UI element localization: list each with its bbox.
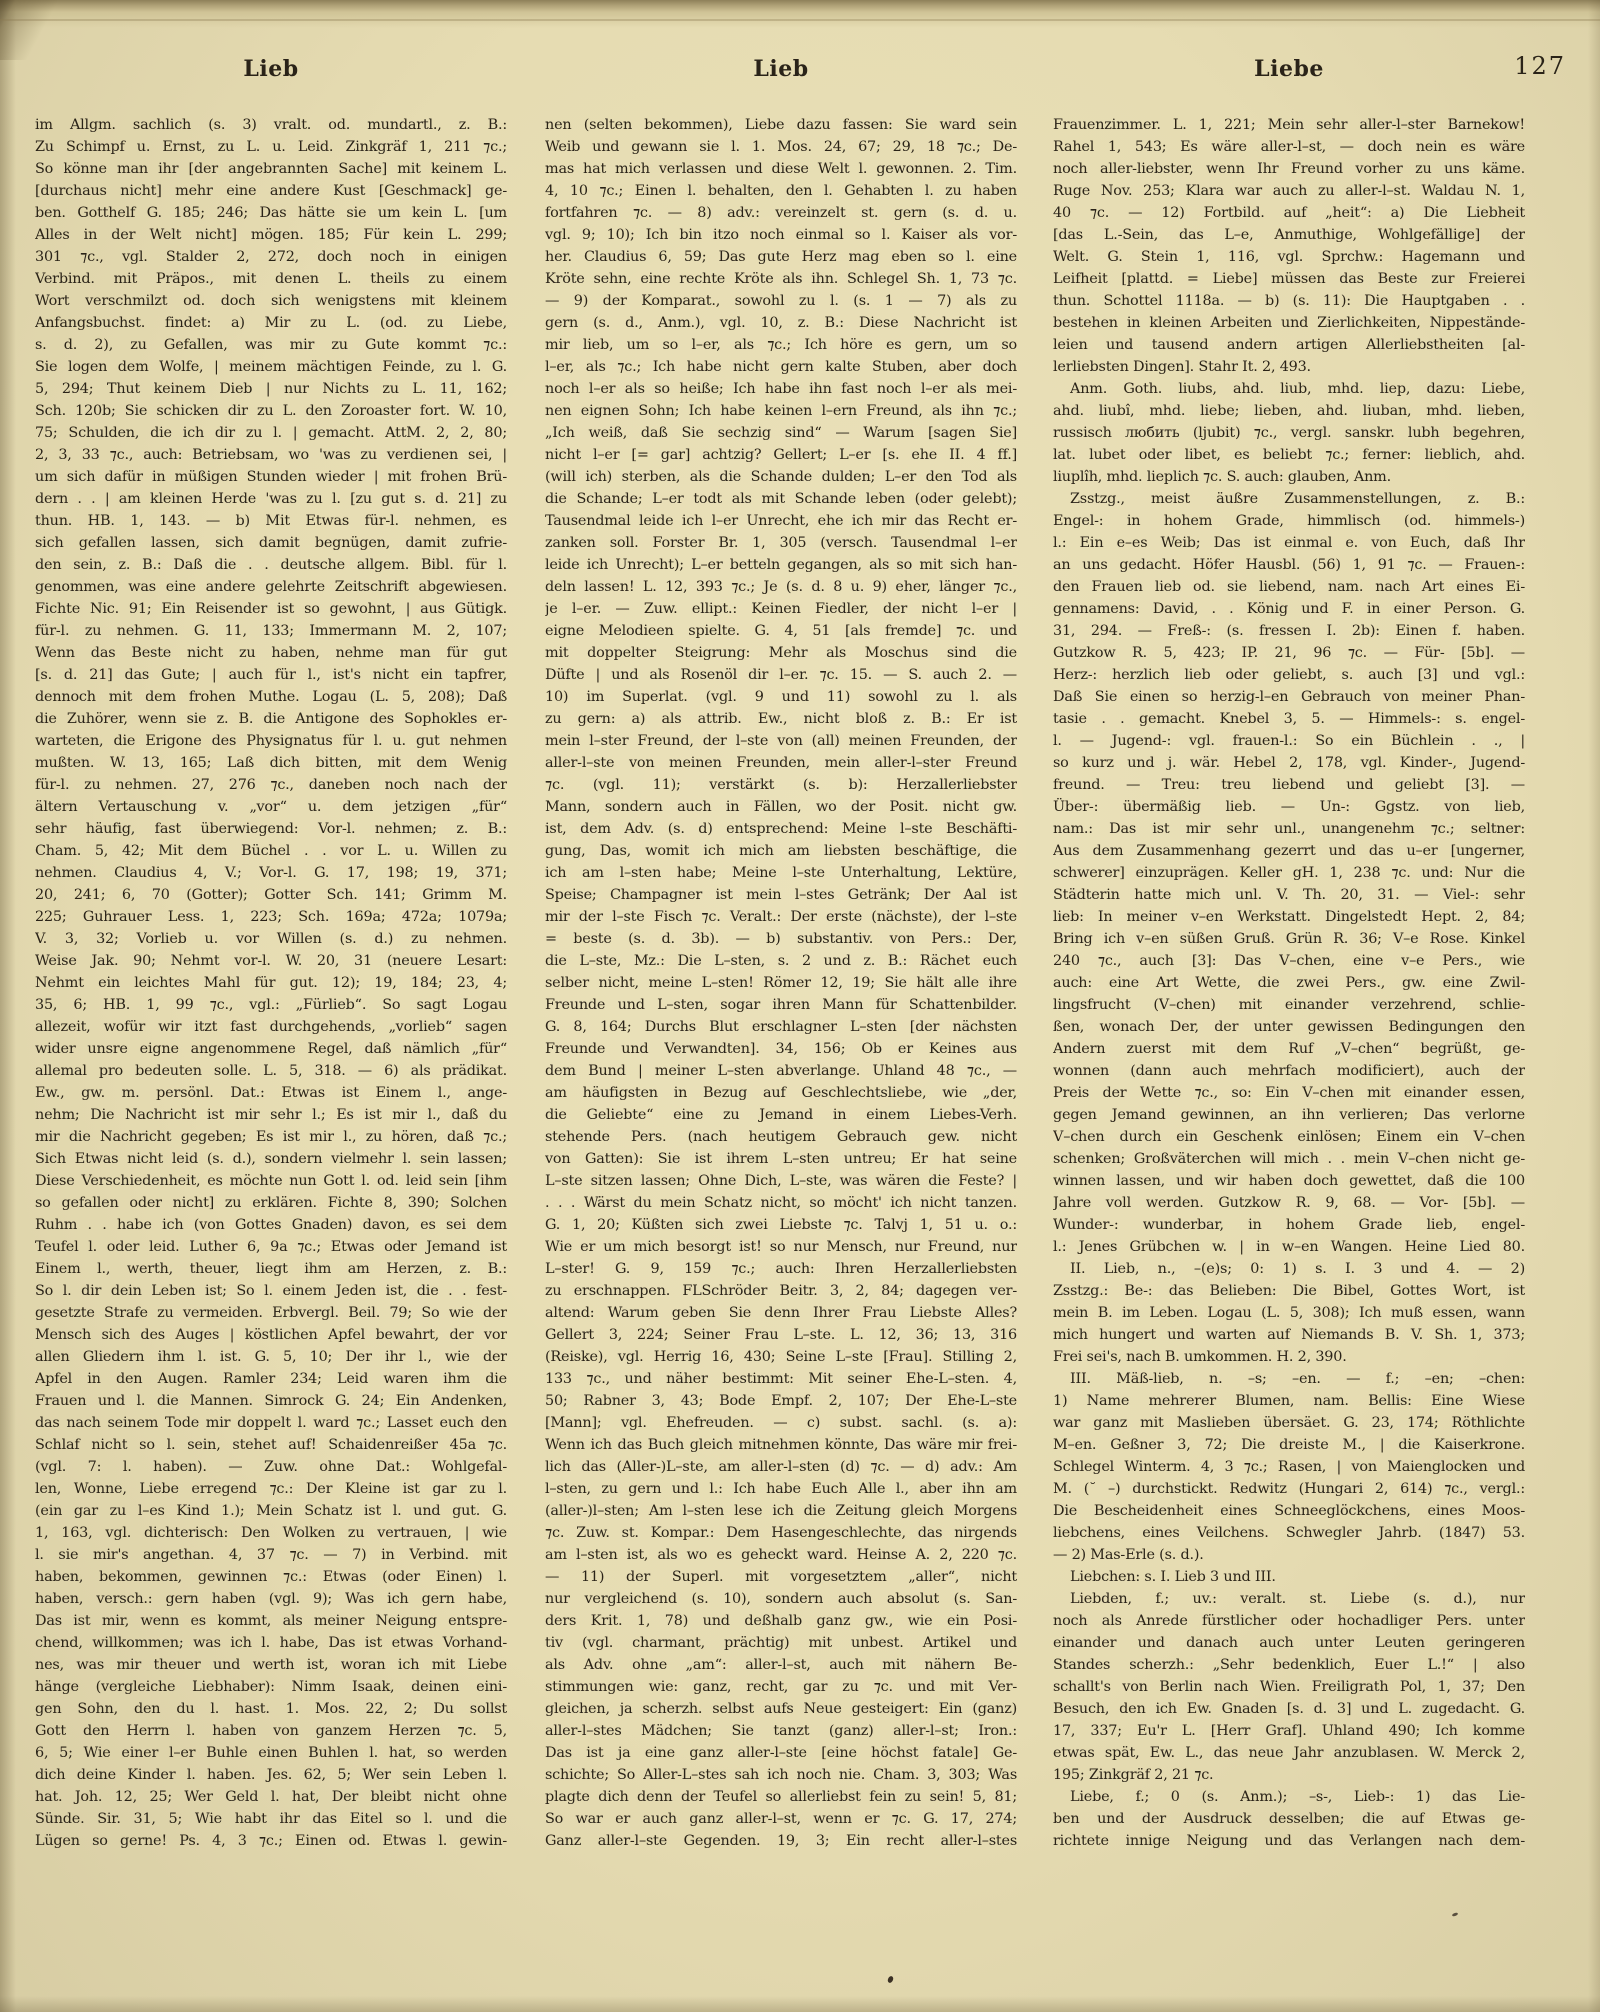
text-line: allen Gliedern ihm l. ist. G. 5, 10; Der… xyxy=(35,1346,507,1368)
text-line: 10) im Superlat. (vgl. 9 und 11) sowohl … xyxy=(545,686,1017,708)
running-head-col2: Lieb xyxy=(545,56,1017,82)
text-line: ⁊c. Zuw. st. Kompar.: Dem Hasengeschlech… xyxy=(545,1522,1017,1544)
text-line: Jahre voll werden. Gutzkow R. 9, 68. — V… xyxy=(1053,1192,1525,1214)
text-line: am l–sten ist, als wo es geheckt ward. H… xyxy=(545,1544,1017,1566)
text-line: ⁊c. (vgl. 11); verstärkt (s. b): Herzall… xyxy=(545,774,1017,796)
text-line: Wunder-: wunderbar, in hohem Grade lieb,… xyxy=(1053,1214,1525,1236)
text-line: schenken; Großväterchen will mich . . me… xyxy=(1053,1148,1525,1170)
text-line: (will ich) sterben, als die Schande duld… xyxy=(545,466,1017,488)
text-line: Mensch sich des Auges | köstlichen Apfel… xyxy=(35,1324,507,1346)
text-line: russisch любить (ljubit) ⁊c., vergl. san… xyxy=(1053,422,1525,444)
text-line: Zu Schimpf u. Ernst, zu L. u. Leid. Zink… xyxy=(35,136,507,158)
text-line: wider unsre eigne angenommene Regel, daß… xyxy=(35,1038,507,1060)
text-line: Cham. 5, 42; Mit dem Büchel . . vor L. u… xyxy=(35,840,507,862)
text-line: 4, 10 ⁊c.; Einen l. behalten, den l. Geh… xyxy=(545,180,1017,202)
text-column-2: nen (selten bekommen), Liebe dazu fassen… xyxy=(545,114,1017,1852)
text-line: M–en. Geßner 3, 72; Die dreiste M., | di… xyxy=(1053,1434,1525,1456)
page-edge-right xyxy=(1588,0,1600,2012)
text-line: zu gern: a) als attrib. Ew., nicht bloß … xyxy=(545,708,1017,730)
text-line: Mann, sondern auch in Fällen, wo der Pos… xyxy=(545,796,1017,818)
text-line: gesetzte Strafe zu vermeiden. Erbvergl. … xyxy=(35,1302,507,1324)
text-line: je l–er. — Zuw. ellipt.: Keinen Fiedler,… xyxy=(545,598,1017,620)
text-line: aller-l–stes Mädchen; Sie tanzt (ganz) a… xyxy=(545,1720,1017,1742)
text-line: [Mann]; vgl. Ehefreuden. — c) subst. sac… xyxy=(545,1412,1017,1434)
text-line: bestehen in kleinen Arbeiten und Zierlic… xyxy=(1053,312,1525,334)
text-line: Ruhm . . habe ich (von Gottes Gnaden) da… xyxy=(35,1214,507,1236)
text-line: ßen, wonach Der, der unter gewissen Bedi… xyxy=(1053,1016,1525,1038)
text-line: wonnen (dann auch mehrfach modificiert),… xyxy=(1053,1060,1525,1082)
running-head-col3: Liebe xyxy=(1053,56,1525,82)
text-line: sich gefallen lassen, sich damit begnüge… xyxy=(35,532,507,554)
text-line: 6, 5; Wie einer l–er Buhle einen Buhlen … xyxy=(35,1742,507,1764)
text-line: (vgl. 7: l. haben). — Zuw. ohne Dat.: Wo… xyxy=(35,1456,507,1478)
text-line: einander und danach auch unter Leuten ge… xyxy=(1053,1632,1525,1654)
text-line: ben und der Ausdruck desselben; die auf … xyxy=(1053,1808,1525,1830)
text-line: als Adv. ohne „am“: aller-l–st, auch mit… xyxy=(545,1654,1017,1676)
text-line: 240 ⁊c., auch [3]: Das V–chen, eine v–e … xyxy=(1053,950,1525,972)
text-line: Frei sei's, nach B. umkommen. H. 2, 390. xyxy=(1053,1346,1525,1368)
text-line: l–er, als ⁊c.; Ich habe nicht gern kalte… xyxy=(545,356,1017,378)
text-line: zu erschnappen. FLSchröder Beitr. 3, 2, … xyxy=(545,1280,1017,1302)
text-line: zanken soll. Forster Br. 1, 305 (versch.… xyxy=(545,532,1017,554)
text-column-1: im Allgm. sachlich (s. 3) vralt. od. mun… xyxy=(35,114,507,1852)
text-line: mußten. W. 13, 165; Laß dich bitten, mit… xyxy=(35,752,507,774)
text-line: Anfangsbuchst. findet: a) Mir zu L. (od.… xyxy=(35,312,507,334)
text-line: Ruge Nov. 253; Klara war auch zu aller-l… xyxy=(1053,180,1525,202)
text-line: lerliebsten Dingen]. Stahr It. 2, 493. xyxy=(1053,356,1525,378)
text-line: mir die Nachricht gegeben; Es ist mir l.… xyxy=(35,1126,507,1148)
page-edge-top xyxy=(0,0,1600,28)
text-line: So l. dir dein Leben ist; So l. einem Je… xyxy=(35,1280,507,1302)
text-line: ahd. liubî, mhd. liebe; lieben, ahd. liu… xyxy=(1053,400,1525,422)
text-line: Speise; Champagner ist mein l–stes Geträ… xyxy=(545,884,1017,906)
text-line: 225; Guhrauer Less. 1, 223; Sch. 169a; 4… xyxy=(35,906,507,928)
page-edge-left xyxy=(0,0,16,2012)
text-line: Die Bescheidenheit eines Schneeglöckchen… xyxy=(1053,1500,1525,1522)
text-line: leien und tausend andern artigen Allerli… xyxy=(1053,334,1525,356)
text-line: Rahel 1, 543; Es wäre aller-l–st, — doch… xyxy=(1053,136,1525,158)
text-line: dennoch mit dem frohen Muthe. Logau (L. … xyxy=(35,686,507,708)
text-line: Leifheit [plattd. = Liebe] müssen das Be… xyxy=(1053,268,1525,290)
text-line: etwas spät, Ew. L., das neue Jahr anzubl… xyxy=(1053,1742,1525,1764)
text-line: noch l–er als so heiße; Ich habe ihn fas… xyxy=(545,378,1017,400)
paper-crease xyxy=(0,19,1600,21)
text-line: — 9) der Komparat., sowohl zu l. (s. 1 —… xyxy=(545,290,1017,312)
text-line: allezeit, wofür wir itzt fast durchgehen… xyxy=(35,1016,507,1038)
text-line: (ein gar zu l–es Kind 1.); Mein Schatz i… xyxy=(35,1500,507,1522)
text-line: (aller-)l–sten; Am l–sten lese ich die Z… xyxy=(545,1500,1017,1522)
ink-speck xyxy=(887,1975,894,1983)
text-line: Zsstzg., meist äußre Zusammenstellungen,… xyxy=(1053,488,1525,510)
text-line: die Geliebte“ eine zu Jemand in einem Li… xyxy=(545,1104,1017,1126)
text-line: lieb: In meiner v–en Werkstatt. Dingelst… xyxy=(1053,906,1525,928)
text-line: Besuch, den ich Ew. Gnaden [s. d. 3] und… xyxy=(1053,1698,1525,1720)
text-line: thun. Schottel 1118a. — b) (s. 11): Die … xyxy=(1053,290,1525,312)
text-line: 17, 337; Eu'r L. [Herr Graf]. Uhland 490… xyxy=(1053,1720,1525,1742)
text-line: So war er auch ganz aller-l–st, wenn er … xyxy=(545,1808,1017,1830)
text-line: Welt. G. Stein 1, 116, vgl. Sprchw.: Hag… xyxy=(1053,246,1525,268)
text-line: schichte; So Aller-L–stes sah ich noch n… xyxy=(545,1764,1017,1786)
text-line: Zsstzg.: Be-: das Belieben: Die Bibel, G… xyxy=(1053,1280,1525,1302)
text-line: Wort verschmilzt od. doch sich wenigsten… xyxy=(35,290,507,312)
text-line: schwerer] einzuprägen. Keller gH. 1, 238… xyxy=(1053,862,1525,884)
text-line: gleichen, ja scherzh. selbst aufs Neue g… xyxy=(545,1698,1017,1720)
text-line: mir lieb, um so l–er, als ⁊c.; Ich höre … xyxy=(545,334,1017,356)
text-line: die L–ste, Mz.: Die L–sten, s. 2 und z. … xyxy=(545,950,1017,972)
text-line: Freunde und Verwandten]. 34, 156; Ob er … xyxy=(545,1038,1017,1060)
text-line: tiv (vgl. charmant, prächtig) mit unbest… xyxy=(545,1632,1017,1654)
text-line: [das L.-Sein, das L–e, Anmuthige, Wohlge… xyxy=(1053,224,1525,246)
text-line: len, Wonne, Liebe erregend ⁊c.: Der Klei… xyxy=(35,1478,507,1500)
text-line: — 2) Mas-Erle (s. d.). xyxy=(1053,1544,1525,1566)
text-line: dich deine Kinder l. haben. Jes. 62, 5; … xyxy=(35,1764,507,1786)
text-line: lingsfrucht (V–chen) mit einander verzeh… xyxy=(1053,994,1525,1016)
text-line: auch: eine Art Wette, die zwei Pers., gw… xyxy=(1053,972,1525,994)
text-line: Andern zuerst mit dem Ruf „V–chen“ begrü… xyxy=(1053,1038,1525,1060)
text-line: Städterin hatte mich unl. V. Th. 20, 31.… xyxy=(1053,884,1525,906)
dictionary-page: Lieb Lieb Liebe 127 im Allgm. sachlich (… xyxy=(0,0,1600,2012)
text-line: hänge (vergleiche Liebhaber): Nimm Isaak… xyxy=(35,1676,507,1698)
text-line: den sein, z. B.: Daß die . . deutsche al… xyxy=(35,554,507,576)
text-line: ders Krit. 1, 78) und deßhalb ganz gw., … xyxy=(545,1610,1017,1632)
text-line: l. — Jugend-: vgl. frauen-l.: So ein Büc… xyxy=(1053,730,1525,752)
text-line: nam.: Das ist mir sehr unl., unangenehm … xyxy=(1053,818,1525,840)
text-line: Verbind. mit Präpos., mit denen L. theil… xyxy=(35,268,507,290)
text-line: 75; Schulden, die ich dir zu l. | gemach… xyxy=(35,422,507,444)
text-line: Liebden, f.; uv.: veralt. st. Liebe (s. … xyxy=(1053,1588,1525,1610)
text-line: thun. HB. 1, 143. — b) Mit Etwas für-l. … xyxy=(35,510,507,532)
text-line: nen (selten bekommen), Liebe dazu fassen… xyxy=(545,114,1017,136)
text-line: 1) Name mehrerer Blumen, nam. Bellis: Ei… xyxy=(1053,1390,1525,1412)
text-line: 301 ⁊c., vgl. Stalder 2, 272, doch noch … xyxy=(35,246,507,268)
text-line: mein l–ster Freund, der l–ste von (all) … xyxy=(545,730,1017,752)
text-line: im Allgm. sachlich (s. 3) vralt. od. mun… xyxy=(35,114,507,136)
text-line: leide ich Unrecht); L–er betteln gegange… xyxy=(545,554,1017,576)
text-line: Das ist ja eine ganz aller-l–ste [eine h… xyxy=(545,1742,1017,1764)
text-line: her. Claudius 6, 59; Das gute Herz mag e… xyxy=(545,246,1017,268)
text-line: haben, bekommen, gewinnen ⁊c.: Etwas (od… xyxy=(35,1566,507,1588)
text-line: Frauenzimmer. L. 1, 221; Mein sehr aller… xyxy=(1053,114,1525,136)
text-line: Alles in der Welt nicht] mögen. 185; Für… xyxy=(35,224,507,246)
text-line: gennamens: David, . . König und F. in ei… xyxy=(1053,598,1525,620)
text-line: Ew., gw. m. persönl. Dat.: Etwas ist Ein… xyxy=(35,1082,507,1104)
text-line: mas hat mich verlassen und diese Welt l.… xyxy=(545,158,1017,180)
text-line: das nach seinem Tode mir doppelt l. ward… xyxy=(35,1412,507,1434)
text-line: freund. — Treu: treu liebend und geliebt… xyxy=(1053,774,1525,796)
text-line: L–ste sitzen lassen; Ohne Dich, L–ste, w… xyxy=(545,1170,1017,1192)
text-line: 5, 294; Thut keinem Dieb | nur Nichts zu… xyxy=(35,378,507,400)
text-line: ich am l–sten habe; Meine l–ste Unterhal… xyxy=(545,862,1017,884)
text-line: Wenn ich das Buch gleich mitnehmen könnt… xyxy=(545,1434,1017,1456)
text-line: deln lassen! L. 12, 393 ⁊c.; Je (s. d. 8… xyxy=(545,576,1017,598)
text-line: warteten, die Erigone des Physignatus fü… xyxy=(35,730,507,752)
page-number: 127 xyxy=(1514,52,1566,80)
text-line: eigne Melodieen spielte. G. 4, 51 [als f… xyxy=(545,620,1017,642)
text-line: sehr häufig, fast überwiegend: Vor-l. ne… xyxy=(35,818,507,840)
text-line: lich das (Aller-)L–ste, am aller-l–sten … xyxy=(545,1456,1017,1478)
text-line: stimmungen wie: ganz, recht, gar zu ⁊c. … xyxy=(545,1676,1017,1698)
text-line: V–chen durch ein Geschenk einlösen; Eine… xyxy=(1053,1126,1525,1148)
text-line: Gott den Herrn l. haben von ganzem Herze… xyxy=(35,1720,507,1742)
text-line: III. Mäß-lieb, n. –s; –en. — f.; –en; –c… xyxy=(1053,1368,1525,1390)
text-line: liuplîh, mhd. lieplich ⁊c. S. auch: glau… xyxy=(1053,466,1525,488)
text-line: noch aller-liebster, wenn Ihr Freund vor… xyxy=(1053,158,1525,180)
text-line: l.: Jenes Grübchen w. | in w–en Wangen. … xyxy=(1053,1236,1525,1258)
text-line: Über-: übermäßig lieb. — Un-: Ggstz. von… xyxy=(1053,796,1525,818)
text-line: Apfel in den Augen. Ramler 234; Leid war… xyxy=(35,1368,507,1390)
text-line: gern (s. d., Anm.), vgl. 10, z. B.: Dies… xyxy=(545,312,1017,334)
text-line: Preis der Wette ⁊c., so: Ein V–chen mit … xyxy=(1053,1082,1525,1104)
text-line: 31, 294. — Freß-: (s. fressen I. 2b): Ei… xyxy=(1053,620,1525,642)
text-line: Sich Etwas nicht leid (s. d.), sondern v… xyxy=(35,1148,507,1170)
text-line: nehm; Die Nachricht ist mir sehr l.; Es … xyxy=(35,1104,507,1126)
text-line: chend, willkommen; was ich l. habe, Das … xyxy=(35,1632,507,1654)
text-line: winnen lassen, und wir haben doch gewett… xyxy=(1053,1170,1525,1192)
text-line: Nehmt ein leichtes Mahl für gut. 12); 19… xyxy=(35,972,507,994)
text-line: mir der l–ste Fisch ⁊c. Veralt.: Der ers… xyxy=(545,906,1017,928)
text-line: richtete innige Neigung und das Verlange… xyxy=(1053,1830,1525,1852)
text-line: dem Bund | meiner L–sten abverlange. Uhl… xyxy=(545,1060,1017,1082)
text-line: Sünde. Sir. 31, 5; Wie habt ihr das Eite… xyxy=(35,1808,507,1830)
text-line: Liebchen: s. I. Lieb 3 und III. xyxy=(1053,1566,1525,1588)
text-line: nen eignen Sohn; Ich habe keinen l–ern F… xyxy=(545,400,1017,422)
text-line: Einem l., werth, theuer, liegt ihm am He… xyxy=(35,1258,507,1280)
text-line: Weib und gewann sie l. 1. Mos. 24, 67; 2… xyxy=(545,136,1017,158)
text-line: nehmen. Claudius 4, V.; Vor-l. G. 17, 19… xyxy=(35,862,507,884)
text-line: L–ster! G. 9, 159 ⁊c.; auch: Ihren Herza… xyxy=(545,1258,1017,1280)
text-line: aller-l–ste von meinen Freunden, mein al… xyxy=(545,752,1017,774)
text-line: Weise Jak. 90; Nehmt vor-l. W. 20, 31 (n… xyxy=(35,950,507,972)
text-line: So könne man ihr [der angebrannten Sache… xyxy=(35,158,507,180)
text-line: G. 8, 164; Durchs Blut erschlagner L–ste… xyxy=(545,1016,1017,1038)
text-line: 50; Rabner 3, 43; Bode Empf. 2, 107; Der… xyxy=(545,1390,1017,1412)
text-line: 133 ⁊c., und näher bestimmt: Mit seiner … xyxy=(545,1368,1017,1390)
page-edge-bottom xyxy=(0,1996,1600,2012)
text-line: altend: Warum geben Sie denn Ihrer Frau … xyxy=(545,1302,1017,1324)
text-line: ältern Vertauschung v. „vor“ u. dem jetz… xyxy=(35,796,507,818)
text-line: 195; Zinkgräf 2, 21 ⁊c. xyxy=(1053,1764,1525,1786)
text-line: Düfte | und als Rosenöl dir l–er. ⁊c. 15… xyxy=(545,664,1017,686)
text-line: für-l. zu nehmen. 27, 276 ⁊c., daneben n… xyxy=(35,774,507,796)
text-line: Kröte sehn, eine rechte Kröte als ihn. S… xyxy=(545,268,1017,290)
text-line: für-l. zu nehmen. G. 11, 133; Immermann … xyxy=(35,620,507,642)
text-line: noch als Anrede fürstlicher oder hochadl… xyxy=(1053,1610,1525,1632)
text-line: Diese Verschiedenheit, es möchte nun Got… xyxy=(35,1170,507,1192)
page-corner-shadow xyxy=(0,0,150,60)
text-line: s. d. 2), zu Gefallen, was mir zu Gute k… xyxy=(35,334,507,356)
text-line: Daß Sie einen so herzig-l–en Gebrauch vo… xyxy=(1053,686,1525,708)
text-line: = beste (s. d. 3b). — b) substantiv. von… xyxy=(545,928,1017,950)
text-line: Gellert 3, 224; Seiner Frau L–ste. L. 12… xyxy=(545,1324,1017,1346)
text-line: „Ich weiß, daß Sie sechzig sind“ — Warum… xyxy=(545,422,1017,444)
text-line: G. 1, 20; Küßten sich zwei Liebste ⁊c. T… xyxy=(545,1214,1017,1236)
text-line: V. 3, 32; Vorlieb u. vor Willen (s. d.) … xyxy=(35,928,507,950)
text-line: 35, 6; HB. 1, 99 ⁊c., vgl.: „Fürlieb“. S… xyxy=(35,994,507,1016)
text-line: 20, 241; 6, 70 (Gotter); Gotter Sch. 141… xyxy=(35,884,507,906)
text-line: die Schande; L–er todt als mit Schande l… xyxy=(545,488,1017,510)
text-line: ist, dem Adv. (s. d) entsprechend: Meine… xyxy=(545,818,1017,840)
text-line: M. (˘ –) durchstickt. Redwitz (Hungari 2… xyxy=(1053,1478,1525,1500)
text-line: Anm. Goth. liubs, ahd. liub, mhd. liep, … xyxy=(1053,378,1525,400)
text-line: lat. lubet oder libet, es beliebt ⁊c.; f… xyxy=(1053,444,1525,466)
text-line: so gefallen oder nicht] zu erklären. Fic… xyxy=(35,1192,507,1214)
text-line: Schlegel Winterm. 4, 3 ⁊c.; Rasen, | von… xyxy=(1053,1456,1525,1478)
text-line: Schlaf nicht so l. sein, stehet auf! Sch… xyxy=(35,1434,507,1456)
text-line: Wenn das Beste nicht zu haben, nehme man… xyxy=(35,642,507,664)
text-line: mich hungert und warten auf Niemands B. … xyxy=(1053,1324,1525,1346)
text-line: nur vergleichend (s. 10), sondern auch a… xyxy=(545,1588,1017,1610)
text-line: Sch. 120b; Sie schicken dir zu L. den Zo… xyxy=(35,400,507,422)
text-line: fortfahren ⁊c. — 8) adv.: vereinzelt st.… xyxy=(545,202,1017,224)
text-line: gen Sohn, den du l. hast. 1. Mos. 22, 2;… xyxy=(35,1698,507,1720)
text-line: nicht l–er [= gar] achtzig? Gellert; L–e… xyxy=(545,444,1017,466)
text-line: hat. Joh. 12, 25; Wer Geld l. hat, Der b… xyxy=(35,1786,507,1808)
text-line: Wie er um mich besorgt ist! so nur Mensc… xyxy=(545,1236,1017,1258)
text-line: Das ist mir, wenn es kommt, als meiner N… xyxy=(35,1610,507,1632)
text-line: Freunde und L–sten, sogar ihren Mann für… xyxy=(545,994,1017,1016)
text-line: Gutzkow R. 5, 423; IP. 21, 96 ⁊c. — Für-… xyxy=(1053,642,1525,664)
text-line: um sich dafür in müßigen Stunden wieder … xyxy=(35,466,507,488)
text-line: II. Lieb, n., –(e)s; 0: 1) s. I. 3 und 4… xyxy=(1053,1258,1525,1280)
text-line: Fichte Nic. 91; Ein Reisender ist so gew… xyxy=(35,598,507,620)
text-line: vgl. 9; 10); Ich bin itzo noch einmal so… xyxy=(545,224,1017,246)
text-line: so kurz und j. wär. Hebel 2, 178, vgl. K… xyxy=(1053,752,1525,774)
text-line: mein B. im Leben. Logau (L. 5, 308); Ich… xyxy=(1053,1302,1525,1324)
text-line: l.: Ein e–es Weib; Das ist einmal e. von… xyxy=(1053,532,1525,554)
text-line: haben, versch.: gern haben (vgl. 9); Was… xyxy=(35,1588,507,1610)
text-line: l. sie mir's angethan. 4, 37 ⁊c. — 7) in… xyxy=(35,1544,507,1566)
text-line: selber nicht, meine L–sten! Römer 12, 19… xyxy=(545,972,1017,994)
text-line: allemal pro bedeuten solle. L. 5, 318. —… xyxy=(35,1060,507,1082)
text-line: 2, 3, 33 ⁊c., auch: Betriebsam, wo 'was … xyxy=(35,444,507,466)
text-line: [s. d. 21] das Gute; | auch für l., ist'… xyxy=(35,664,507,686)
text-line: liebchens, eines Veilchens. Schwegler Ja… xyxy=(1053,1522,1525,1544)
text-line: den Frauen lieb od. sie liebend, nam. na… xyxy=(1053,576,1525,598)
text-line: gegen Jemand gewinnen, an ihn verlieren;… xyxy=(1053,1104,1525,1126)
text-line: . . . Wärst du mein Schatz nicht, so möc… xyxy=(545,1192,1017,1214)
text-line: 1, 163, vgl. dichterisch: Den Wolken zu … xyxy=(35,1522,507,1544)
text-line: (Reiske), vgl. Herrig 16, 430; Seine L–s… xyxy=(545,1346,1017,1368)
text-line: Herz-: herzlich lieb oder geliebt, s. au… xyxy=(1053,664,1525,686)
text-line: ben. Gotthelf G. 185; 246; Das hätte sie… xyxy=(35,202,507,224)
text-line: an uns gedacht. Höfer Hausbl. (56) 1, 91… xyxy=(1053,554,1525,576)
text-line: stehende Pers. (nach heutigem Gebrauch g… xyxy=(545,1126,1017,1148)
text-line: Standes scherzh.: „Sehr bedenklich, Euer… xyxy=(1053,1654,1525,1676)
text-line: genommen, was eine andere gelehrte Zeits… xyxy=(35,576,507,598)
text-line: gung, Das, womit ich mich am liebsten be… xyxy=(545,840,1017,862)
text-line: war ganz mit Maslieben übersäet. G. 23, … xyxy=(1053,1412,1525,1434)
text-line: Liebe, f.; 0 (s. Anm.); –s-, Lieb-: 1) d… xyxy=(1053,1786,1525,1808)
text-line: Teufel l. oder leid. Luther 6, 9a ⁊c.; E… xyxy=(35,1236,507,1258)
text-line: die Zuhörer, wenn sie z. B. die Antigone… xyxy=(35,708,507,730)
text-line: Frauen und l. die Mannen. Simrock G. 24;… xyxy=(35,1390,507,1412)
text-line: Sie logen dem Wolfe, | meinem mächtigen … xyxy=(35,356,507,378)
text-line: Aus dem Zusammenhang gezerrt und das u–e… xyxy=(1053,840,1525,862)
text-line: l–sten, zu gern und l.: Ich habe Euch Al… xyxy=(545,1478,1017,1500)
text-line: Bring ich v–en süßen Gruß. Grün R. 36; V… xyxy=(1053,928,1525,950)
text-line: tasie . . gemacht. Knebel 3, 5. — Himmel… xyxy=(1053,708,1525,730)
ink-speck xyxy=(1452,1912,1459,1917)
text-line: [durchaus nicht] mehr eine andere Kust [… xyxy=(35,180,507,202)
text-line: nes, was mir theuer und werth ist, woran… xyxy=(35,1654,507,1676)
text-line: plagte dich denn der Teufel so allerlieb… xyxy=(545,1786,1017,1808)
text-line: Lügen so gerne! Ps. 4, 3 ⁊c.; Einen od. … xyxy=(35,1830,507,1852)
text-line: von Gatten): Sie ist ihrem L–sten untreu… xyxy=(545,1148,1017,1170)
text-column-3: Frauenzimmer. L. 1, 221; Mein sehr aller… xyxy=(1053,114,1525,1852)
text-line: Tausendmal leide ich l–er Unrecht, ehe i… xyxy=(545,510,1017,532)
text-line: mit doppelter Steigrung: Mehr als Moschu… xyxy=(545,642,1017,664)
text-line: — 11) der Superl. mit vorgesetztem „alle… xyxy=(545,1566,1017,1588)
text-line: Engel-: in hohem Grade, himmlisch (od. h… xyxy=(1053,510,1525,532)
text-line: 40 ⁊c. — 12) Fortbild. auf „heit“: a) Di… xyxy=(1053,202,1525,224)
text-line: am häufigsten in Bezug auf Geschlechtsli… xyxy=(545,1082,1017,1104)
running-head-col1: Lieb xyxy=(35,56,507,82)
text-line: Ganz aller-l–ste Gegenden. 19, 3; Ein re… xyxy=(545,1830,1017,1852)
text-line: schallt's von Berlin nach Wien. Freiligr… xyxy=(1053,1676,1525,1698)
text-line: dern . . | am kleinen Herde 'was zu l. [… xyxy=(35,488,507,510)
